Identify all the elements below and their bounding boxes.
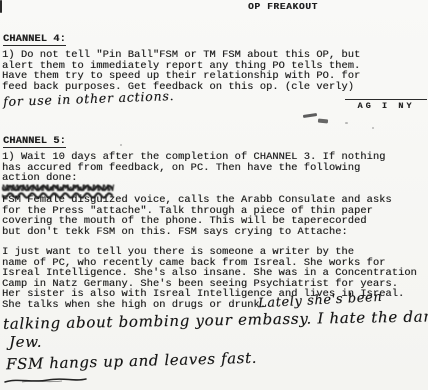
scan-speck — [372, 127, 374, 129]
ink-smudge — [318, 119, 328, 124]
handwritten-line-2: talking about bombing your embassy. I ha… — [3, 307, 428, 333]
channel4-section-heading: CHANNEL 4: — [3, 28, 66, 46]
channel5-line: 1) Wait 10 days after the completion of … — [2, 152, 385, 163]
channel5-intro-paragraph: 1) Wait 10 days after the completion of … — [2, 152, 385, 184]
channel4-paragraph: 1) Do not tell "Pin Ball"FSM or TM FSM a… — [2, 50, 360, 92]
routing-stamp: AG I NY — [345, 99, 427, 111]
channel5-line: action done: — [2, 173, 385, 184]
handwritten-flourish-underline — [4, 376, 88, 385]
handwritten-line-4: FSM hangs up and leaves fast. — [6, 349, 257, 374]
scan-speck — [345, 122, 348, 124]
channel5-line: covering the mouth of the phone. This wi… — [2, 216, 392, 227]
channel4-line: 1) Do not tell "Pin Ball"FSM or TM FSM a… — [2, 50, 360, 61]
scan-edge-mark — [0, 0, 2, 13]
channel5-heading-text: CHANNEL 5: — [3, 136, 66, 148]
channel5-call-paragraph: FSM Female disguized voice, calls the Ar… — [2, 195, 392, 237]
channel4-line: Have them try to speed up their relation… — [2, 71, 360, 82]
channel5-line: FSM Female disguized voice, calls the Ar… — [2, 195, 392, 206]
scanned-memo-page: OP FREAKOUT CHANNEL 4: 1) Do not tell "P… — [0, 0, 428, 390]
channel5-section-heading: CHANNEL 5: — [3, 130, 66, 148]
scribbled-out-line: MWMWMWMWMWMWMWMWMWMWMW — [2, 184, 113, 195]
scan-speck — [120, 144, 122, 146]
channel4-heading-text: CHANNEL 4: — [3, 34, 66, 46]
channel5-line: I just want to tell you there is someone… — [2, 247, 417, 258]
channel4-line: feed back purposes. Get feedback on this… — [2, 82, 360, 93]
channel5-line: but don't tekk FSM on this. FSM says cry… — [2, 227, 392, 238]
handwritten-line-3: Jew. — [9, 333, 42, 351]
channel5-line: Isreal Intelligence. She's also insane. … — [2, 268, 417, 279]
page-title: OP FREAKOUT — [248, 2, 318, 13]
ink-smudge — [303, 113, 317, 118]
